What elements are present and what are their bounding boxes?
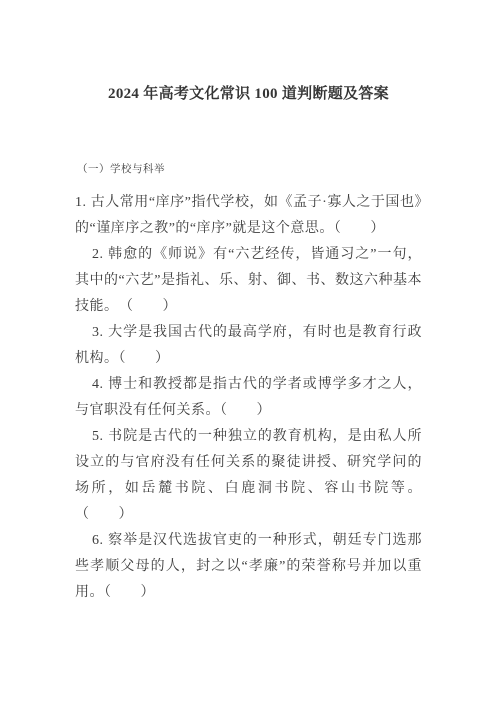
question-paragraph-6: 6.察举是汉代选拔官吏的一种形式，朝廷专门选那些孝顺父母的人，封之以“孝廉”的荣… <box>75 528 422 606</box>
question-paragraph-4: 4.博士和教授都是指古代的学者或博学多才之人，与官职没有任何关系。（ ） <box>75 372 422 424</box>
question-number: 5. <box>92 429 104 444</box>
question-number: 4. <box>92 377 104 392</box>
question-paragraph-2: 2.韩愈的《师说》有“六艺经传，皆通习之”一句，其中的“六艺”是指礼、乐、射、御… <box>75 242 422 320</box>
question-text: 书院是古代的一种独立的教育机构，是由私人所设立的与官府没有任何关系的聚徒讲授、研… <box>75 429 422 522</box>
document-title: 2024 年高考文化常识 100 道判断题及答案 <box>75 84 422 104</box>
question-text: 博士和教授都是指古代的学者或博学多才之人，与官职没有任何关系。（ ） <box>75 377 422 418</box>
document-page: 2024 年高考文化常识 100 道判断题及答案 （一）学校与科举 1.古人常用… <box>0 0 500 707</box>
question-number: 2. <box>92 247 104 262</box>
document-content: 2024 年高考文化常识 100 道判断题及答案 （一）学校与科举 1.古人常用… <box>0 0 500 606</box>
question-number: 6. <box>92 533 104 548</box>
question-paragraph-3: 3.大学是我国古代的最高学府，有时也是教育行政机构。（ ） <box>75 320 422 372</box>
section-heading: （一）学校与科举 <box>77 163 422 177</box>
question-text: 韩愈的《师说》有“六艺经传，皆通习之”一句，其中的“六艺”是指礼、乐、射、御、书… <box>75 247 422 314</box>
question-text: 大学是我国古代的最高学府，有时也是教育行政机构。（ ） <box>75 325 422 366</box>
question-text: 古人常用“庠序”指代学校，如《孟子·寡人之于国也》的“谨庠序之教”的“庠序”就是… <box>75 195 422 236</box>
question-paragraph-5: 5.书院是古代的一种独立的教育机构，是由私人所设立的与官府没有任何关系的聚徒讲授… <box>75 424 422 528</box>
question-number: 1. <box>75 195 87 210</box>
question-text: 察举是汉代选拔官吏的一种形式，朝廷专门选那些孝顺父母的人，封之以“孝廉”的荣誉称… <box>75 533 422 600</box>
question-number: 3. <box>92 325 104 340</box>
question-paragraph-1: 1.古人常用“庠序”指代学校，如《孟子·寡人之于国也》的“谨庠序之教”的“庠序”… <box>75 190 422 242</box>
